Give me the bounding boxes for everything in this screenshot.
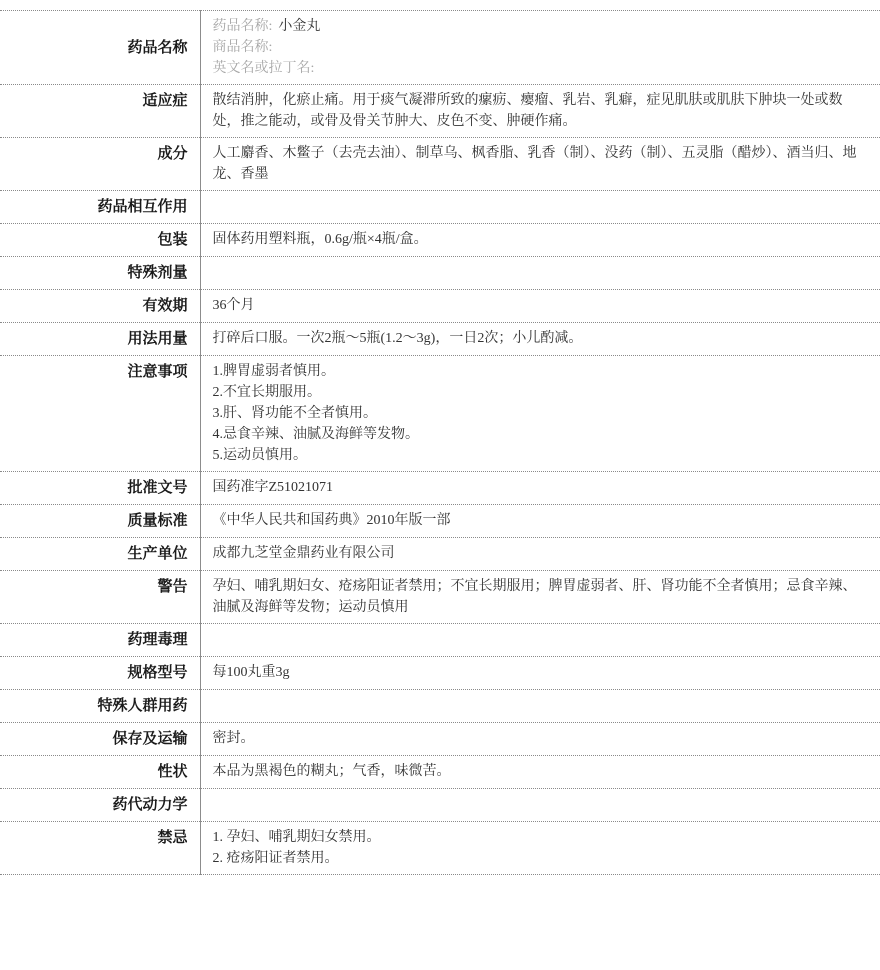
drug-name-value: 小金丸 [272, 19, 320, 34]
special-population-text [213, 695, 871, 716]
row-label: 药品名称 [0, 11, 200, 85]
row-label: 特殊人群用药 [0, 690, 200, 723]
field-key: 商品名称: [213, 40, 273, 55]
row-label: 性状 [0, 756, 200, 789]
row-label: 禁忌 [0, 822, 200, 875]
precaution-item: 5.运动员慎用。 [213, 445, 871, 466]
contraindication-item: 2. 疮疡阳证者禁用。 [213, 848, 871, 869]
row-value [200, 624, 880, 657]
drug-info-table: 药品名称 药品名称:小金丸 商品名称: 英文名或拉丁名: 适应症 散结消肿，化瘀… [0, 10, 880, 875]
row-pharmacokinetics: 药代动力学 [0, 789, 880, 822]
row-value: 散结消肿，化瘀止痛。用于痰气凝滞所致的瘰疬、瘿瘤、乳岩、乳癖，症见肌肤或肌肤下肿… [200, 85, 880, 138]
row-value: 每100丸重3g [200, 657, 880, 690]
row-label: 注意事项 [0, 356, 200, 472]
row-validity-period: 有效期 36个月 [0, 290, 880, 323]
row-special-population: 特殊人群用药 [0, 690, 880, 723]
validity-period-text: 36个月 [213, 295, 871, 316]
row-value: 密封。 [200, 723, 880, 756]
row-label: 警告 [0, 571, 200, 624]
row-quality-standard: 质量标准 《中华人民共和国药典》2010年版一部 [0, 505, 880, 538]
row-value: 打碎后口服。一次2瓶～5瓶(1.2～3g)，一日2次；小儿酌减。 [200, 323, 880, 356]
row-label: 保存及运输 [0, 723, 200, 756]
row-indications: 适应症 散结消肿，化瘀止痛。用于痰气凝滞所致的瘰疬、瘿瘤、乳岩、乳癖，症见肌肤或… [0, 85, 880, 138]
trade-name-field: 商品名称: [213, 37, 871, 58]
row-drug-interactions: 药品相互作用 [0, 191, 880, 224]
row-label: 生产单位 [0, 538, 200, 571]
english-name-value [314, 61, 320, 76]
row-label: 用法用量 [0, 323, 200, 356]
row-label: 特殊剂量 [0, 257, 200, 290]
row-value [200, 690, 880, 723]
row-manufacturer: 生产单位 成都九芝堂金鼎药业有限公司 [0, 538, 880, 571]
row-pharmacology-toxicology: 药理毒理 [0, 624, 880, 657]
precaution-item: 2.不宜长期服用。 [213, 382, 871, 403]
row-label: 规格型号 [0, 657, 200, 690]
row-value: 1. 孕妇、哺乳期妇女禁用。 2. 疮疡阳证者禁用。 [200, 822, 880, 875]
row-label: 药品相互作用 [0, 191, 200, 224]
row-label: 质量标准 [0, 505, 200, 538]
row-value: 孕妇、哺乳期妇女、疮疡阳证者禁用；不宜长期服用；脾胃虚弱者、肝、肾功能不全者慎用… [200, 571, 880, 624]
pharmacology-toxicology-text [213, 629, 871, 650]
precaution-item: 4.忌食辛辣、油腻及海鲜等发物。 [213, 424, 871, 445]
row-value: 36个月 [200, 290, 880, 323]
row-label: 药理毒理 [0, 624, 200, 657]
row-ingredients: 成分 人工麝香、木鳖子（去壳去油）、制草乌、枫香脂、乳香（制）、没药（制）、五灵… [0, 138, 880, 191]
row-label: 有效期 [0, 290, 200, 323]
row-value: 成都九芝堂金鼎药业有限公司 [200, 538, 880, 571]
packaging-text: 固体药用塑料瓶，0.6g/瓶×4瓶/盒。 [213, 229, 871, 250]
pharmacokinetics-text [213, 794, 871, 815]
quality-standard-text: 《中华人民共和国药典》2010年版一部 [213, 510, 871, 531]
row-value [200, 191, 880, 224]
row-value: 《中华人民共和国药典》2010年版一部 [200, 505, 880, 538]
field-key: 药品名称: [213, 19, 273, 34]
row-label: 药代动力学 [0, 789, 200, 822]
row-value: 固体药用塑料瓶，0.6g/瓶×4瓶/盒。 [200, 224, 880, 257]
row-value: 本品为黑褐色的糊丸；气香，味微苦。 [200, 756, 880, 789]
row-specification: 规格型号 每100丸重3g [0, 657, 880, 690]
precaution-item: 3.肝、肾功能不全者慎用。 [213, 403, 871, 424]
indications-text: 散结消肿，化瘀止痛。用于痰气凝滞所致的瘰疬、瘿瘤、乳岩、乳癖，症见肌肤或肌肤下肿… [213, 90, 871, 132]
drug-interactions-text [213, 196, 871, 217]
dosage-usage-text: 打碎后口服。一次2瓶～5瓶(1.2～3g)，一日2次；小儿酌减。 [213, 328, 871, 349]
precaution-item: 1.脾胃虚弱者慎用。 [213, 361, 871, 382]
row-value: 药品名称:小金丸 商品名称: 英文名或拉丁名: [200, 11, 880, 85]
row-value [200, 257, 880, 290]
trade-name-value [272, 40, 278, 55]
row-contraindications: 禁忌 1. 孕妇、哺乳期妇女禁用。 2. 疮疡阳证者禁用。 [0, 822, 880, 875]
contraindication-item: 1. 孕妇、哺乳期妇女禁用。 [213, 827, 871, 848]
drug-name-field: 药品名称:小金丸 [213, 16, 871, 37]
specification-text: 每100丸重3g [213, 662, 871, 683]
row-special-dosage: 特殊剂量 [0, 257, 880, 290]
manufacturer-text: 成都九芝堂金鼎药业有限公司 [213, 543, 871, 564]
storage-transport-text: 密封。 [213, 728, 871, 749]
warning-text: 孕妇、哺乳期妇女、疮疡阳证者禁用；不宜长期服用；脾胃虚弱者、肝、肾功能不全者慎用… [213, 576, 871, 618]
row-label: 包装 [0, 224, 200, 257]
ingredients-text: 人工麝香、木鳖子（去壳去油）、制草乌、枫香脂、乳香（制）、没药（制）、五灵脂（醋… [213, 143, 871, 185]
row-dosage-usage: 用法用量 打碎后口服。一次2瓶～5瓶(1.2～3g)，一日2次；小儿酌减。 [0, 323, 880, 356]
approval-number-text: 国药准字Z51021071 [213, 477, 871, 498]
row-warning: 警告 孕妇、哺乳期妇女、疮疡阳证者禁用；不宜长期服用；脾胃虚弱者、肝、肾功能不全… [0, 571, 880, 624]
field-key: 英文名或拉丁名: [213, 61, 315, 76]
english-name-field: 英文名或拉丁名: [213, 58, 871, 79]
properties-text: 本品为黑褐色的糊丸；气香，味微苦。 [213, 761, 871, 782]
row-label: 批准文号 [0, 472, 200, 505]
row-properties: 性状 本品为黑褐色的糊丸；气香，味微苦。 [0, 756, 880, 789]
row-value [200, 789, 880, 822]
row-packaging: 包装 固体药用塑料瓶，0.6g/瓶×4瓶/盒。 [0, 224, 880, 257]
row-label: 成分 [0, 138, 200, 191]
row-storage-transport: 保存及运输 密封。 [0, 723, 880, 756]
row-value: 国药准字Z51021071 [200, 472, 880, 505]
special-dosage-text [213, 262, 871, 283]
row-approval-number: 批准文号 国药准字Z51021071 [0, 472, 880, 505]
row-label: 适应症 [0, 85, 200, 138]
row-precautions: 注意事项 1.脾胃虚弱者慎用。 2.不宜长期服用。 3.肝、肾功能不全者慎用。 … [0, 356, 880, 472]
row-drug-name: 药品名称 药品名称:小金丸 商品名称: 英文名或拉丁名: [0, 11, 880, 85]
row-value: 1.脾胃虚弱者慎用。 2.不宜长期服用。 3.肝、肾功能不全者慎用。 4.忌食辛… [200, 356, 880, 472]
row-value: 人工麝香、木鳖子（去壳去油）、制草乌、枫香脂、乳香（制）、没药（制）、五灵脂（醋… [200, 138, 880, 191]
